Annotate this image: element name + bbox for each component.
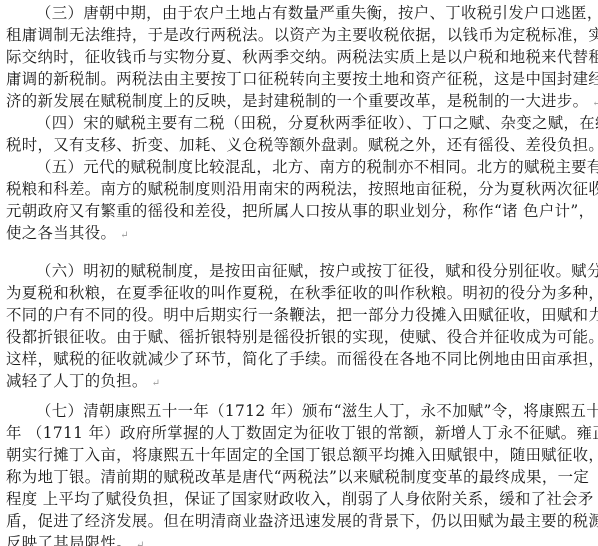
- paragraph-mark-icon: ↵: [120, 230, 129, 241]
- p6-line-2: 为夏税和秋粮，在夏季征收的叫作夏税，在秋季征收的叫作秋粮。明初的役分为多种，: [6, 282, 598, 304]
- p7-line-5: 程度 上平均了赋役负担，保证了国家财政收入，削弱了人身依附关系，缓和了社会矛: [6, 488, 594, 510]
- p3-line-1: （三）唐朝中期，由于农户土地占有数量严重失衡，按户、丁收税引发户口逃匿，: [6, 2, 598, 24]
- p4-line-2-text: 税时，又有支移、折变、加耗、义仓税等额外盘剥。赋税之外，还有徭役、差役负担。: [6, 136, 598, 154]
- paragraph-mark-icon: ↵: [152, 378, 161, 389]
- p6-line-5: 这样，赋税的征收就减少了环节，简化了手续。而徭役在各地不同比例地由田亩承担，: [6, 348, 598, 370]
- p3-line-5-text: 济的新发展在赋税制度上的反映，是封建税制的一个重要改革，是税制的一大进步。: [6, 92, 588, 110]
- p6-line-4: 役都折银征收。由于赋、徭折银特别是徭役折银的实现，使赋、役合并征收成为可能。: [6, 326, 598, 348]
- p3-line-2: 租庸调制无法维持，于是改行两税法。以资产为主要收税依据，以钱币为定税标准，实: [6, 24, 598, 46]
- p5-line-3: 元朝政府又有繁重的徭役和差役，把所属人口按从事的职业划分，称作“诸 色户计”，: [6, 200, 594, 222]
- paragraph-mark-icon: ↵: [592, 98, 598, 109]
- p4-line-1: （四）宋的赋税主要有二税（田税，分夏秋两季征收）、丁口之赋、杂变之赋，在纳: [6, 112, 598, 134]
- p6-line-6-text: 减轻了人丁的负担。: [6, 372, 148, 390]
- p3-line-4: 庸调的新税制。两税法由主要按丁口征税转向主要按土地和资产征税，这是中国封建经: [6, 68, 598, 90]
- p6-line-3: 不同的户有不同的役。明中后期实行一条鞭法，把一部分力役摊入田赋征收，田赋和力: [6, 304, 598, 326]
- p5-line-4-text: 使之各当其役。: [6, 224, 116, 242]
- p3-line-5: 济的新发展在赋税制度上的反映，是封建税制的一个重要改革，是税制的一大进步。↵: [6, 90, 598, 112]
- p7-line-1: （七）清朝康熙五十一年（1712 年）颁布“滋生人丁，永不加赋”令，将康熙五十: [6, 400, 598, 422]
- p7-line-7-text: 反映了其局限性。: [6, 534, 132, 546]
- paragraph-mark-icon: ↵: [136, 540, 145, 546]
- p3-line-3: 际交纳时，征收钱币与实物分夏、秋两季交纳。两税法实质上是以户税和地税来代替租: [6, 46, 598, 68]
- p5-line-1: （五）元代的赋税制度比较混乱，北方、南方的税制亦不相同。北方的赋税主要有: [6, 156, 598, 178]
- p7-line-2: 年 （1711 年）政府所掌握的人丁数固定为征收丁银的常额，新增人丁永不征赋。雍…: [6, 422, 598, 444]
- p7-line-3: 朝实行摊丁入亩，将康熙五十年固定的全国丁银总额平均摊入田赋银中，随田赋征收，: [6, 444, 598, 466]
- p4-line-2: 税时，又有支移、折变、加耗、义仓税等额外盘剥。赋税之外，还有徭役、差役负担。↵: [6, 134, 598, 156]
- p7-line-4: 称为地丁银。清前期的赋税改革是唐代“两税法”以来赋税制度变革的最终成果，一定: [6, 466, 589, 488]
- p6-line-6: 减轻了人丁的负担。↵: [6, 370, 160, 392]
- p5-line-4: 使之各当其役。↵: [6, 222, 129, 244]
- p5-line-2: 税粮和科差。南方的赋税制度则沿用南宋的两税法，按照地亩征税，分为夏秋两次征收。: [6, 178, 598, 200]
- p6-line-1: （六）明初的赋税制度，是按田亩征赋，按户或按丁征役，赋和役分别征收。赋分: [6, 260, 598, 282]
- p7-line-6: 盾，促进了经济发展。但在明清商业盎济迅速发展的背景下，仍以田赋为最主要的税源，: [6, 510, 598, 532]
- p7-line-7: 反映了其局限性。↵: [6, 532, 145, 546]
